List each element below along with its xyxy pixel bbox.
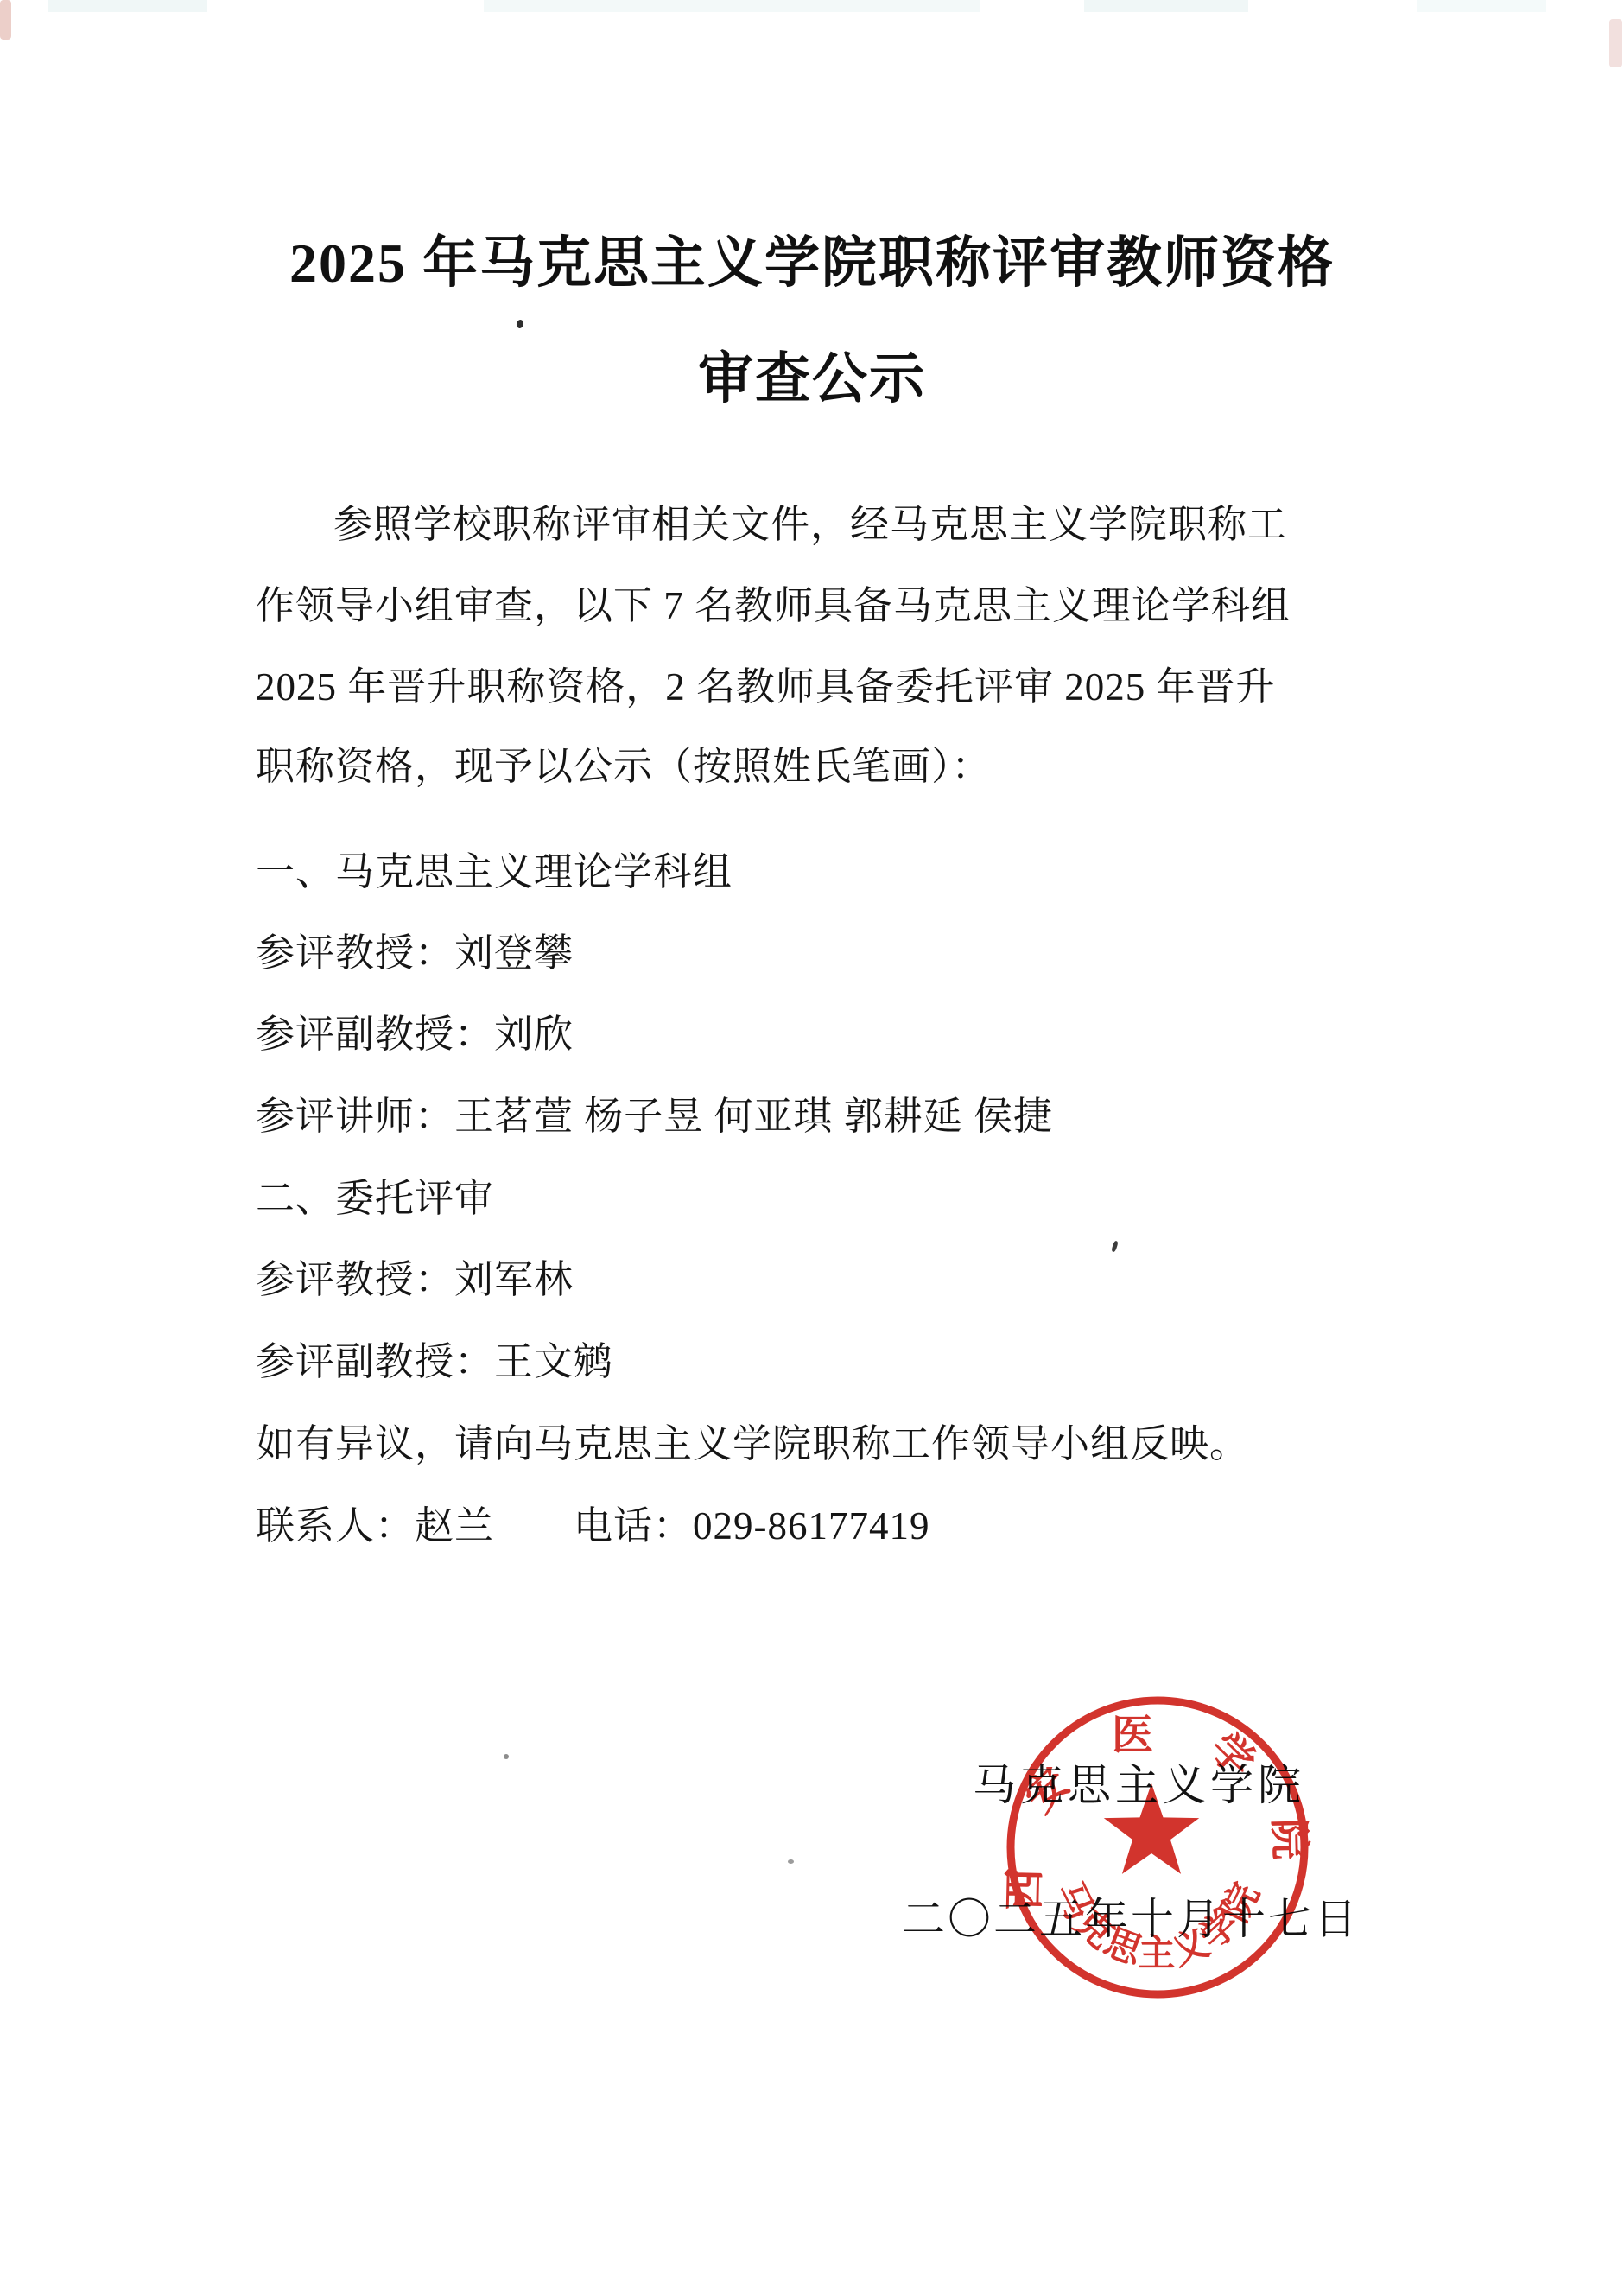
section-2-heading: 二、委托评审 xyxy=(256,1173,1387,1223)
scan-artifact-band xyxy=(1417,0,1546,12)
ink-speck xyxy=(788,1859,794,1864)
paragraph-line-2: 作领导小组审查，以下 7 名教师具备马克思主义理论学科组 xyxy=(256,581,1387,631)
section-2-assoc-professor-line: 参评副教授：王文鹓 xyxy=(256,1337,1387,1387)
section-1-professor-line: 参评教授：刘登攀 xyxy=(256,928,1387,978)
section-1-lecturer-line: 参评讲师：王茗萱 杨子昱 何亚琪 郭耕延 侯捷 xyxy=(256,1091,1387,1141)
document-title-line-1: 2025 年马克思主义学院职称评审教师资格 xyxy=(0,226,1624,301)
scan-artifact-red-mark-right xyxy=(1609,19,1622,67)
seal-star xyxy=(1104,1783,1199,1874)
scanned-notice-page: 2025 年马克思主义学院职称评审教师资格 审查公示 参照学校职称评审相关文件，… xyxy=(0,0,1624,2288)
scan-artifact-band xyxy=(1084,0,1248,12)
official-seal: 西安医学院 马克思主义学院 xyxy=(999,1688,1316,2006)
paragraph-line-1: 参照学校职称评审相关文件，经马克思主义学院职称工 xyxy=(256,499,1387,550)
scan-artifact-red-mark-left xyxy=(0,0,11,40)
seal-ring-text-bottom: 马克思主义学院 xyxy=(1047,1875,1268,1974)
section-1-assoc-professor-line: 参评副教授：刘欣 xyxy=(256,1009,1387,1059)
paragraph-line-3: 2025 年晋升职称资格，2 名教师具备委托评审 2025 年晋升 xyxy=(256,662,1387,712)
ink-speck xyxy=(504,1754,509,1759)
document-title-line-2: 审查公示 xyxy=(0,342,1624,416)
ink-speck xyxy=(516,319,524,329)
section-1-heading: 一、马克思主义理论学科组 xyxy=(256,847,1387,897)
paragraph-line-4: 职称资格，现予以公示（按照姓氏笔画）： xyxy=(256,741,1387,791)
scan-artifact-band xyxy=(48,0,207,12)
section-2-professor-line: 参评教授：刘军林 xyxy=(256,1255,1387,1305)
objection-line: 如有异议，请向马克思主义学院职称工作领导小组反映。 xyxy=(256,1419,1387,1469)
ink-speck xyxy=(1111,1241,1119,1253)
contact-line: 联系人：赵兰 电话：029-86177419 xyxy=(256,1501,1387,1551)
scan-artifact-band xyxy=(484,0,980,12)
